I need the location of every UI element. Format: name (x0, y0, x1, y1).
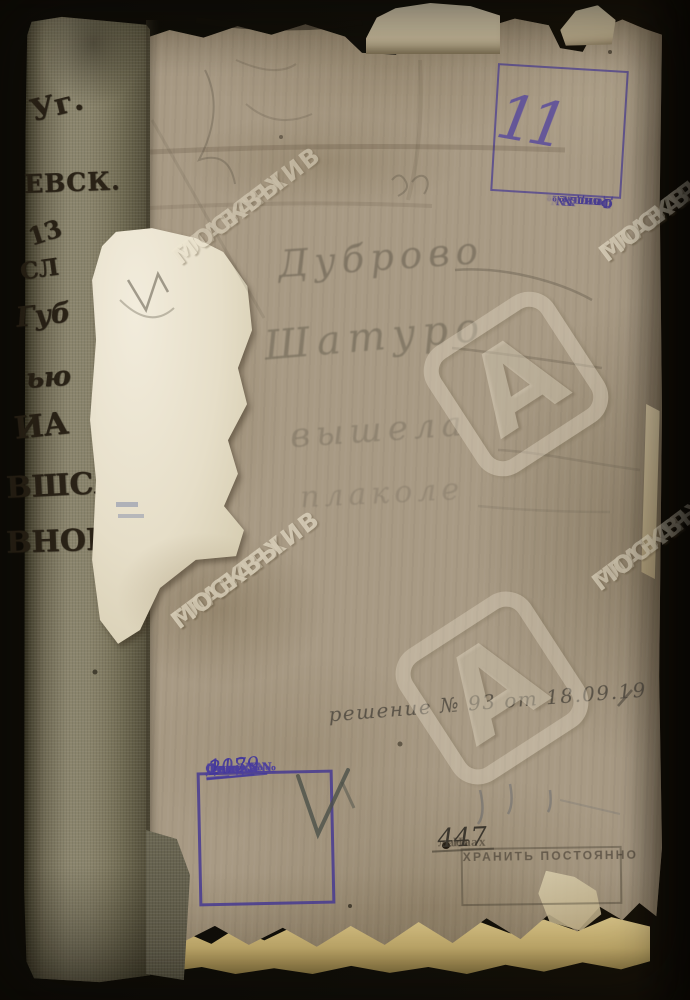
spine-inscription: ИА (12, 405, 70, 447)
torn-paper-flap-top-right (559, 4, 618, 48)
spine-inscription: ЕВСК. (24, 166, 121, 198)
svyazka-label: Связка № (205, 760, 277, 778)
spine-inscription: ью (25, 360, 72, 394)
keep-forever-row: ХРАНИТЬ ПОСТОЯННО (463, 848, 639, 864)
spine-inscription: Губ (15, 297, 72, 334)
handwritten-mark-11: 11 (491, 79, 566, 162)
pages-count-stamp: На 447 листах ХРАНИТЬ ПОСТОЯННО (461, 846, 623, 906)
logo-letter: А (416, 605, 568, 770)
torn-paper-flap-top (366, 2, 500, 54)
logo-letter: А (444, 306, 588, 462)
spine-inscription: СЛ (18, 253, 60, 285)
archival-file-cover-scan: Уг. ЕВСК. 13 СЛ Губ ью ИА ВШСА ВНОЕ Дубр… (0, 0, 690, 1000)
fond-stamp: Фонд № 2179 Опись № 1 Дело № 108 Связка … (197, 770, 336, 907)
torn-edge-shadow (196, 20, 362, 28)
pages-suffix: листах (438, 834, 487, 851)
